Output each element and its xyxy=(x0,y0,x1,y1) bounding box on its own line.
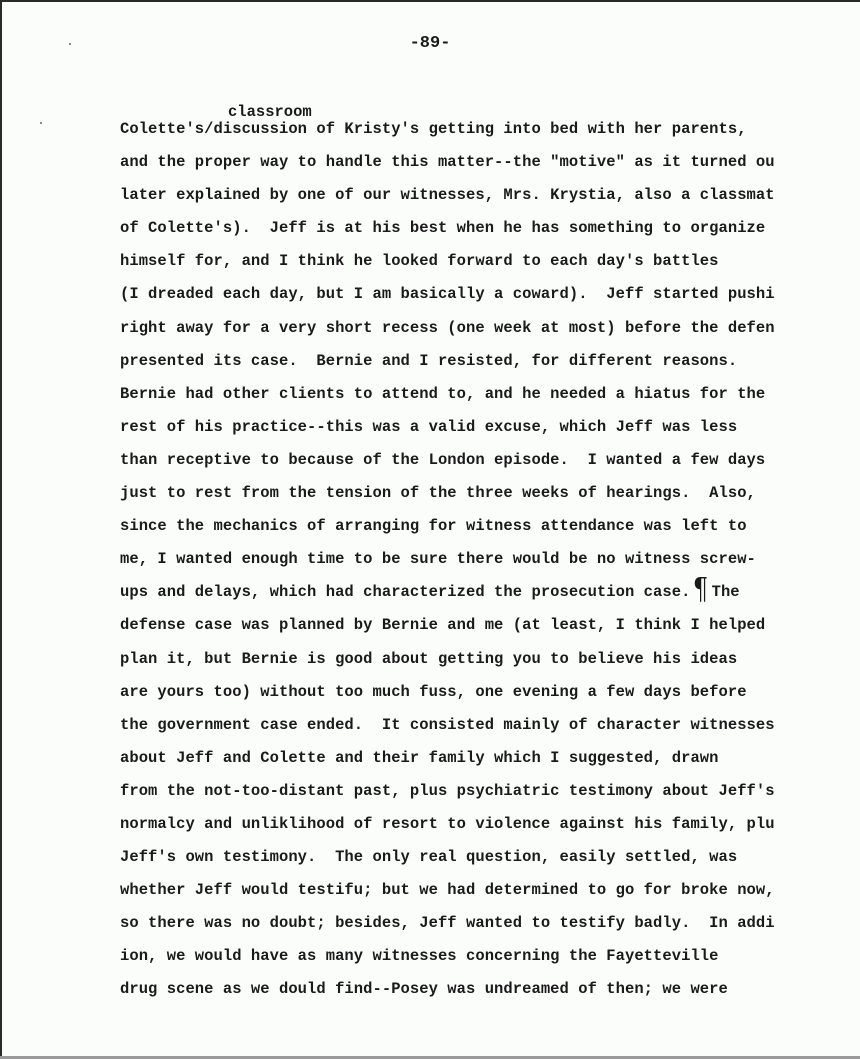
text-line: since the mechanics of arranging for wit… xyxy=(120,515,775,548)
line-text: are yours too) without too much fuss, on… xyxy=(120,683,747,701)
line-text-continuation: The xyxy=(712,583,740,601)
text-line: from the not-too-distant past, plus psyc… xyxy=(120,780,775,813)
page-left-border xyxy=(0,0,2,1059)
text-line: Bernie had other clients to attend to, a… xyxy=(120,383,775,416)
paragraph-mark-icon: ¶ xyxy=(693,585,708,595)
text-line: right away for a very short recess (one … xyxy=(120,317,775,350)
text-line: me, I wanted enough time to be sure ther… xyxy=(120,548,775,581)
line-text: (I dreaded each day, but I am basically … xyxy=(120,285,775,303)
text-line: whether Jeff would testifu; but we had d… xyxy=(120,879,775,912)
line-text: so there was no doubt; besides, Jeff wan… xyxy=(120,914,775,932)
line-text: later explained by one of our witnesses,… xyxy=(120,186,775,204)
line-text: ion, we would have as many witnesses con… xyxy=(120,947,719,965)
line-text: presented its case. Bernie and I resiste… xyxy=(120,352,737,370)
line-text: defense case was planned by Bernie and m… xyxy=(120,616,765,634)
text-line: than receptive to because of the London … xyxy=(120,449,775,482)
typewritten-body: Colette's/discussion of Kristy's getting… xyxy=(120,118,775,1012)
text-line: Colette's/discussion of Kristy's getting… xyxy=(120,118,775,151)
text-line: defense case was planned by Bernie and m… xyxy=(120,614,775,647)
line-text: just to rest from the tension of the thr… xyxy=(120,484,756,502)
text-line: are yours too) without too much fuss, on… xyxy=(120,681,775,714)
text-line: ups and delays, which had characterized … xyxy=(120,581,775,614)
text-line: himself for, and I think he looked forwa… xyxy=(120,250,775,283)
text-line: (I dreaded each day, but I am basically … xyxy=(120,283,775,316)
line-text: me, I wanted enough time to be sure ther… xyxy=(120,550,756,568)
line-text: plan it, but Bernie is good about gettin… xyxy=(120,650,737,668)
text-line: just to rest from the tension of the thr… xyxy=(120,482,775,515)
line-text: the government case ended. It consisted … xyxy=(120,716,775,734)
text-line: the government case ended. It consisted … xyxy=(120,714,775,747)
text-line: rest of his practice--this was a valid e… xyxy=(120,416,775,449)
line-text: right away for a very short recess (one … xyxy=(120,319,775,337)
text-line: presented its case. Bernie and I resiste… xyxy=(120,350,775,383)
line-text: Colette's/discussion of Kristy's getting… xyxy=(120,120,747,138)
line-text: normalcy and unliklihood of resort to vi… xyxy=(120,815,775,833)
line-text: whether Jeff would testifu; but we had d… xyxy=(120,881,775,899)
text-line: of Colette's). Jeff is at his best when … xyxy=(120,217,775,250)
line-text: drug scene as we dould find--Posey was u… xyxy=(120,980,728,998)
text-line: so there was no doubt; besides, Jeff wan… xyxy=(120,912,775,945)
page-top-border xyxy=(0,0,860,2)
line-text: himself for, and I think he looked forwa… xyxy=(120,252,719,270)
page-number: -89- xyxy=(0,34,860,53)
line-text: from the not-too-distant past, plus psyc… xyxy=(120,782,775,800)
scan-speck xyxy=(40,122,42,124)
line-text: about Jeff and Colette and their family … xyxy=(120,749,719,767)
text-line: about Jeff and Colette and their family … xyxy=(120,747,775,780)
text-line: ion, we would have as many witnesses con… xyxy=(120,945,775,978)
line-text: and the proper way to handle this matter… xyxy=(120,153,775,171)
text-line: drug scene as we dould find--Posey was u… xyxy=(120,978,775,1011)
line-text: than receptive to because of the London … xyxy=(120,451,765,469)
line-text: of Colette's). Jeff is at his best when … xyxy=(120,219,765,237)
text-line: later explained by one of our witnesses,… xyxy=(120,184,775,217)
line-text: ups and delays, which had characterized … xyxy=(120,583,690,601)
text-line: Jeff's own testimony. The only real ques… xyxy=(120,846,775,879)
line-text: Bernie had other clients to attend to, a… xyxy=(120,385,765,403)
text-line: plan it, but Bernie is good about gettin… xyxy=(120,648,775,681)
line-text: since the mechanics of arranging for wit… xyxy=(120,517,747,535)
line-text: Jeff's own testimony. The only real ques… xyxy=(120,848,737,866)
text-line: and the proper way to handle this matter… xyxy=(120,151,775,184)
line-text: rest of his practice--this was a valid e… xyxy=(120,418,737,436)
text-line: normalcy and unliklihood of resort to vi… xyxy=(120,813,775,846)
